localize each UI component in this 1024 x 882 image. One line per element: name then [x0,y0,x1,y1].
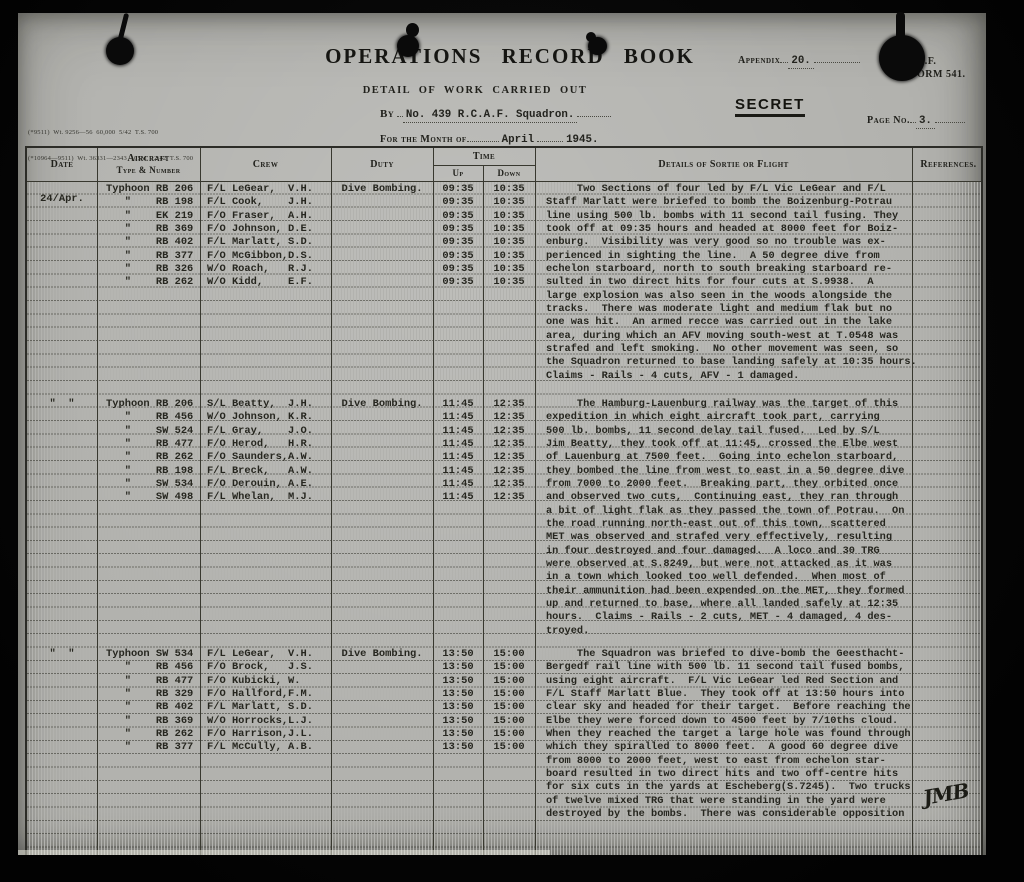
time-up-cell: 11:45 [433,425,483,438]
time-up-cell: 11:45 [433,465,483,478]
aircraft-cell: " RB 402 [97,236,200,249]
operations-table: Date Aircraft Type & Number Crew Duty Ti… [25,146,983,855]
time-up-cell: 11:45 [433,451,483,464]
crew-cell: F/L McCully, A.B. [200,741,331,754]
crew-cell: F/L Marlatt, S.D. [200,236,331,249]
col-header-aircraft-1: Aircraft [97,153,200,164]
time-down-cell: 12:35 [483,398,535,411]
time-up-cell: 11:45 [433,491,483,504]
date-cell: " " [27,398,97,411]
duty-cell: Dive Bombing. [331,398,433,411]
col-header-references: References. [912,159,985,170]
crew-cell: W/O Horrocks,L.J. [200,715,331,728]
appendix-value: 20. [788,55,813,69]
aircraft-cell: Typhoon RB 206 [97,183,200,196]
secret-stamp: SECRET [735,96,805,117]
time-down-cell: 12:35 [483,411,535,424]
time-down-cell: 10:35 [483,223,535,236]
details-text: The Hamburg-Lauenburg railway was the ta… [535,398,915,638]
time-up-cell: 13:50 [433,648,483,661]
col-header-duty: Duty [331,159,433,170]
time-up-cell: 09:35 [433,250,483,263]
date-cell: " " [27,648,97,661]
col-header-details: Details of Sortie or Flight [535,159,912,170]
details-text: Two Sections of four led by F/L Vic LeGe… [535,183,915,383]
crew-cell: S/L Beatty, J.H. [200,398,331,411]
time-down-cell: 10:35 [483,210,535,223]
page-number-label: Page No. [867,115,910,126]
aircraft-cell: " SW 498 [97,491,200,504]
time-up-cell: 09:35 [433,223,483,236]
punch-hole [879,35,925,81]
aircraft-cell: Typhoon SW 534 [97,648,200,661]
time-down-cell: 15:00 [483,661,535,674]
aircraft-cell: " RB 198 [97,196,200,209]
time-up-cell: 13:50 [433,675,483,688]
col-header-aircraft-2: Type & Number [97,165,200,176]
month-label: For the Month of [380,134,467,145]
duty-cell: Dive Bombing. [331,648,433,661]
aircraft-cell: " RB 377 [97,741,200,754]
time-down-cell: 12:35 [483,425,535,438]
crew-cell: F/O Hallford,F.M. [200,688,331,701]
details-text: The Squadron was briefed to dive-bomb th… [535,648,915,821]
time-up-cell: 11:45 [433,478,483,491]
col-header-time: Time [433,151,535,162]
time-down-cell: 10:35 [483,183,535,196]
duty-cell: Dive Bombing. [331,183,433,196]
appendix-label: Appendix [738,55,780,66]
aircraft-cell: " RB 262 [97,276,200,289]
dotted-rule [577,107,611,117]
crew-cell: F/L Breck, A.W. [200,465,331,478]
crew-cell: W/O Roach, R.J. [200,263,331,276]
crew-cell: F/L LeGear, V.H. [200,183,331,196]
column-divider [331,148,332,855]
squadron-name: No. 439 R.C.A.F. Squadron. [403,109,577,123]
aircraft-cell: " RB 477 [97,675,200,688]
crew-cell: F/O Fraser, A.H. [200,210,331,223]
time-down-cell: 15:00 [483,741,535,754]
time-up-cell: 09:35 [433,263,483,276]
time-down-cell: 10:35 [483,250,535,263]
dotted-rule [397,107,403,117]
time-down-cell: 15:00 [483,728,535,741]
aircraft-cell: Typhoon RB 206 [97,398,200,411]
form-number-line: ORM 541. [917,68,965,81]
time-down-cell: 10:35 [483,196,535,209]
time-down-cell: 10:35 [483,236,535,249]
aircraft-cell: " RB 377 [97,250,200,263]
punch-hole [588,37,607,55]
aircraft-cell: " RB 262 [97,451,200,464]
col-header-down: Down [483,168,535,179]
crew-cell: F/O Brock, J.S. [200,661,331,674]
time-up-cell: 09:35 [433,210,483,223]
dotted-rule [814,53,860,63]
time-up-cell: 11:45 [433,438,483,451]
time-down-cell: 12:35 [483,451,535,464]
time-up-cell: 13:50 [433,715,483,728]
col-header-up: Up [433,168,483,179]
aircraft-cell: " RB 456 [97,661,200,674]
crew-cell: F/L Marlatt, S.D. [200,701,331,714]
time-down-cell: 12:35 [483,478,535,491]
time-up-cell: 13:50 [433,661,483,674]
time-down-cell: 12:35 [483,438,535,451]
crew-cell: F/L Gray, J.O. [200,425,331,438]
crew-cell: F/O Harrison,J.L. [200,728,331,741]
time-down-cell: 15:00 [483,688,535,701]
dotted-rule [935,113,965,123]
time-down-cell: 15:00 [483,715,535,728]
crew-cell: F/L LeGear, V.H. [200,648,331,661]
time-up-cell: 13:50 [433,728,483,741]
time-down-cell: 15:00 [483,701,535,714]
print-ref-line: (*9511) Wt. 9256—56 60,000 5/42 T.S. 700 [28,129,193,138]
time-down-cell: 10:35 [483,263,535,276]
aircraft-cell: " RB 326 [97,263,200,276]
aircraft-cell: " RB 329 [97,688,200,701]
punch-hole [106,37,134,65]
time-up-cell: 09:35 [433,183,483,196]
appendix-field: Appendix20. [738,53,860,67]
crew-cell: F/L Whelan, M.J. [200,491,331,504]
time-down-cell: 12:35 [483,491,535,504]
dotted-rule [537,132,563,142]
page-number-value: 3. [916,115,935,129]
time-up-cell: 09:35 [433,196,483,209]
time-up-cell: 13:50 [433,688,483,701]
aircraft-cell: " SW 524 [97,425,200,438]
aircraft-cell: " RB 369 [97,715,200,728]
time-up-cell: 13:50 [433,741,483,754]
aircraft-cell: " RB 262 [97,728,200,741]
time-down-cell: 12:35 [483,465,535,478]
time-down-cell: 15:00 [483,675,535,688]
crew-cell: W/O Kidd, E.F. [200,276,331,289]
crew-cell: W/O Johnson, K.R. [200,411,331,424]
aircraft-cell: " SW 534 [97,478,200,491]
crew-cell: F/O Johnson, D.E. [200,223,331,236]
dotted-rule [467,132,499,142]
time-down-cell: 15:00 [483,648,535,661]
aircraft-cell: " RB 477 [97,438,200,451]
aircraft-cell: " RB 198 [97,465,200,478]
crew-cell: F/O Saunders,A.W. [200,451,331,464]
time-up-cell: 11:45 [433,411,483,424]
date-cell: 24/Apr. [27,193,97,206]
month-field: For the Month ofApril1945. [380,132,601,146]
time-up-cell: 09:35 [433,236,483,249]
unit-field: By No. 439 R.C.A.F. Squadron. [380,107,611,121]
punch-hole [397,35,419,57]
time-up-cell: 09:35 [433,276,483,289]
col-header-crew: Crew [200,159,331,170]
aircraft-cell: " RB 456 [97,411,200,424]
col-header-date: Date [27,159,97,170]
header-rule [27,181,981,182]
time-up-cell: 13:50 [433,701,483,714]
page-number-field: Page No.3. [867,113,965,127]
subtitle: DETAIL OF WORK CARRIED OUT [325,85,625,96]
scanned-document: (*9511) Wt. 9256—56 60,000 5/42 T.S. 700… [0,0,1024,882]
time-down-cell: 10:35 [483,276,535,289]
aircraft-cell: " RB 369 [97,223,200,236]
crew-cell: F/O McGibbon,D.S. [200,250,331,263]
time-up-cell: 11:45 [433,398,483,411]
crew-cell: F/O Kubicki, W. [200,675,331,688]
crew-cell: F/O Herod, H.R. [200,438,331,451]
crew-cell: F/L Cook, J.H. [200,196,331,209]
crew-cell: F/O Derouin, A.E. [200,478,331,491]
aircraft-cell: " RB 402 [97,701,200,714]
page-title: OPERATIONS RECORD BOOK [310,44,710,69]
time-subheader-rule [433,165,535,166]
by-label: By [380,108,394,120]
paper: (*9511) Wt. 9256—56 60,000 5/42 T.S. 700… [18,13,986,855]
aircraft-cell: " EK 219 [97,210,200,223]
